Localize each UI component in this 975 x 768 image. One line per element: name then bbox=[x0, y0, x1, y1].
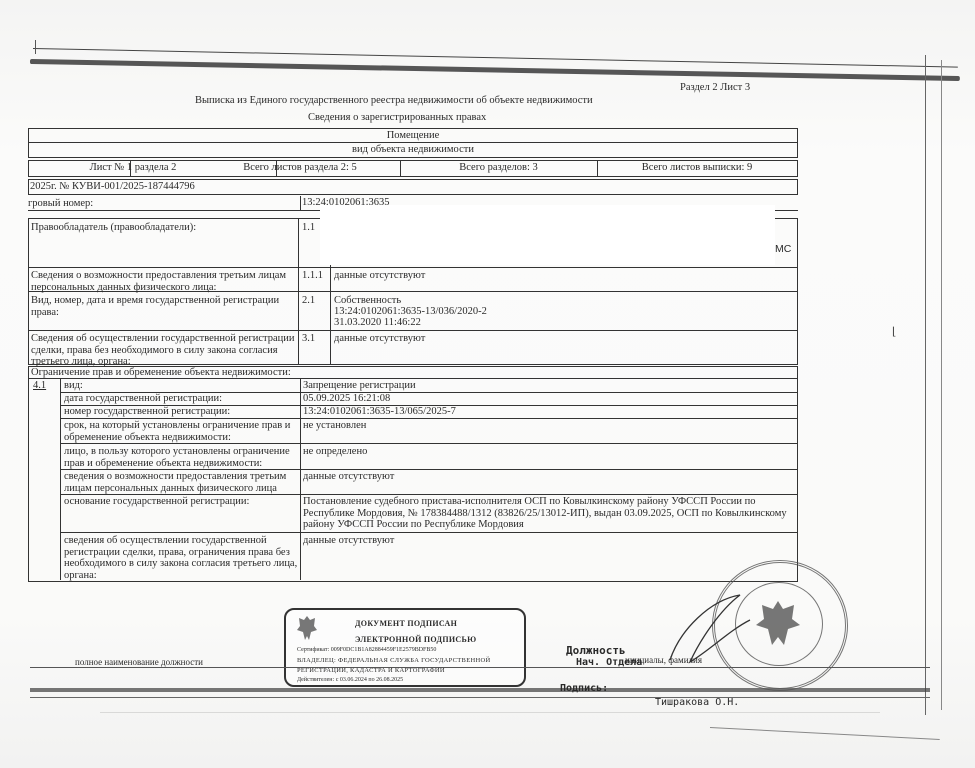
restriction-date-label: дата государственной регистрации: bbox=[64, 393, 222, 405]
cadastral-label: гровый номер: bbox=[28, 198, 93, 210]
divider bbox=[60, 494, 798, 495]
crop-mark bbox=[35, 40, 36, 54]
divider bbox=[60, 443, 798, 444]
rightholder-label: Правообладатель (правообладатели): bbox=[31, 222, 296, 234]
registration-type: Собственность bbox=[334, 295, 401, 307]
registration-number: 13:24:0102061:3635-13/036/2020-2 bbox=[334, 306, 487, 318]
scanned-document-page: Раздел 2 Лист 3 Выписка из Единого госуд… bbox=[0, 0, 975, 768]
divider bbox=[60, 378, 61, 580]
restriction-type-value: Запрещение регистрации bbox=[303, 380, 416, 392]
restriction-term-value: не установлен bbox=[303, 420, 366, 432]
restriction-regnum-value: 13:24:0102061:3635-13/065/2025-7 bbox=[303, 406, 456, 418]
signature-label: Подпись: bbox=[560, 683, 608, 695]
document-subtitle: Сведения о зарегистрированных правах bbox=[308, 112, 486, 124]
divider bbox=[28, 330, 798, 331]
restriction-basis-value: Постановление судебного пристава-исполни… bbox=[303, 496, 793, 531]
third-party-data-label: Сведения о возможности предоставления тр… bbox=[31, 270, 296, 293]
restriction-beneficiary-label: лицо, в пользу которого установлены огра… bbox=[64, 446, 299, 469]
handwritten-signature bbox=[660, 590, 760, 670]
divider bbox=[60, 532, 798, 533]
restriction-thirdparty-label: сведения о возможности предоставления тр… bbox=[64, 471, 299, 494]
position-stamp: Должность bbox=[566, 645, 626, 657]
scan-artifact-band bbox=[30, 59, 960, 81]
restriction-thirdparty-value: данные отсутствуют bbox=[303, 471, 394, 483]
restriction-consent-value: данные отсутствуют bbox=[303, 535, 394, 547]
restrictions-heading: Ограничение прав и обременение объекта н… bbox=[31, 367, 291, 379]
scan-noise bbox=[100, 712, 880, 713]
registration-label: Вид, номер, дата и время государственной… bbox=[31, 295, 296, 318]
registration-num: 2.1 bbox=[302, 295, 315, 307]
restriction-term-label: срок, на который установлены ограничение… bbox=[64, 420, 299, 443]
restriction-basis-label: основание государственной регистрации: bbox=[64, 496, 249, 508]
restriction-num: 4.1 bbox=[33, 380, 46, 392]
restriction-type-label: вид: bbox=[64, 380, 83, 392]
restriction-beneficiary-value: не определено bbox=[303, 446, 367, 458]
redacted-rightholder bbox=[320, 205, 775, 265]
consent-value: данные отсутствуют bbox=[334, 333, 425, 345]
divider bbox=[60, 469, 798, 470]
signer-name: Тишракова О.Н. bbox=[655, 697, 739, 709]
restriction-consent-label: сведения об осуществлении государственно… bbox=[64, 535, 299, 581]
divider bbox=[300, 196, 301, 210]
divider bbox=[28, 142, 798, 143]
restriction-date-value: 05.09.2025 16:21:08 bbox=[303, 393, 390, 405]
object-type-value: Помещение bbox=[28, 130, 798, 142]
position-label: полное наименование должности bbox=[75, 657, 203, 669]
footer-divider bbox=[30, 697, 930, 698]
coat-of-arms-icon bbox=[295, 614, 319, 642]
scan-edge-line bbox=[925, 55, 926, 715]
registration-date: 31.03.2020 11:46:22 bbox=[334, 317, 421, 329]
third-party-data-num: 1.1.1 bbox=[302, 270, 323, 282]
document-title: Выписка из Единого государственного реес… bbox=[195, 95, 593, 107]
rightholder-num: 1.1 bbox=[302, 222, 315, 234]
object-type-label: вид объекта недвижимости bbox=[28, 144, 798, 156]
divider bbox=[28, 267, 798, 268]
certificate-validity: Действителен: с 03.06.2024 по 26.08.2025 bbox=[297, 675, 403, 687]
total-extract-sheets: Всего листов выписки: 9 bbox=[597, 162, 797, 174]
third-party-data-value: данные отсутствуют bbox=[334, 270, 425, 282]
total-section-sheets: Всего листов раздела 2: 5 bbox=[200, 162, 400, 174]
scan-artifact-line bbox=[710, 727, 940, 740]
total-sections: Всего разделов: 3 bbox=[400, 162, 597, 174]
divider bbox=[300, 378, 301, 580]
signed-title-1: ДОКУМЕНТ ПОДПИСАН bbox=[355, 618, 457, 630]
rightholder-tail: МС bbox=[775, 244, 791, 256]
section-sheet-label: Раздел 2 Лист 3 bbox=[680, 82, 750, 94]
restriction-regnum-label: номер государственной регистрации: bbox=[64, 406, 230, 418]
scan-edge-line-2 bbox=[941, 60, 942, 710]
margin-mark: ⌊ bbox=[892, 325, 896, 338]
divider bbox=[60, 418, 798, 419]
consent-label: Сведения об осуществлении государственно… bbox=[31, 333, 296, 368]
signed-title-2: ЭЛЕКТРОННОЙ ПОДПИСЬЮ bbox=[355, 634, 476, 646]
doc-number: 2025г. № КУВИ-001/2025-187444796 bbox=[30, 181, 195, 193]
consent-num: 3.1 bbox=[302, 333, 315, 345]
